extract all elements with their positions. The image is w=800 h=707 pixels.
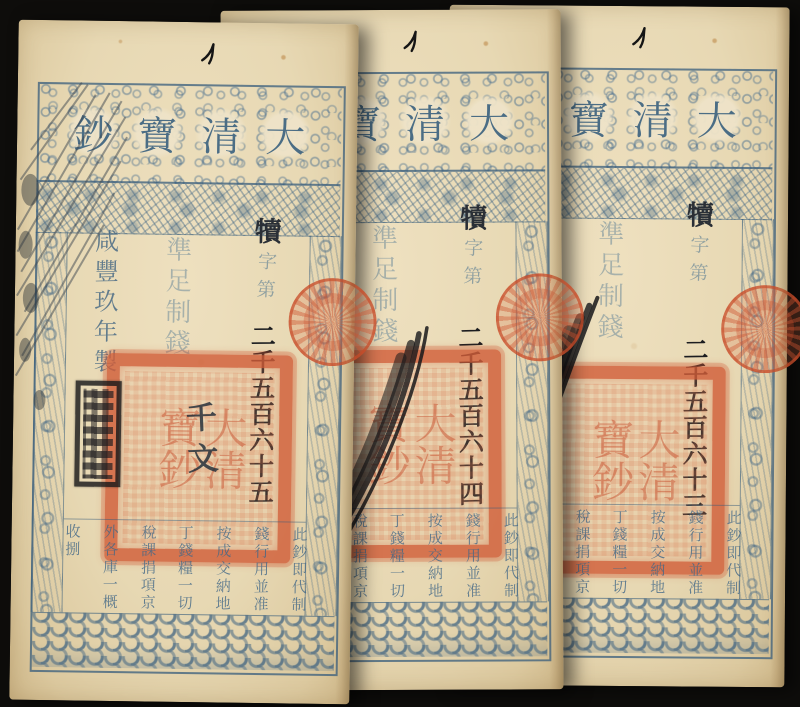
legal-col: 按成交納地 [426, 513, 441, 606]
legal-col: 按成交納地 [214, 525, 230, 617]
legal-col: 外各庫一概 [100, 524, 116, 616]
series-label: 字第 [461, 237, 482, 294]
collation-mark-icon [631, 26, 647, 50]
legal-col: 丁錢糧一切 [388, 513, 403, 606]
title-char-bao: 寶 [563, 91, 615, 143]
black-collector-seal-icon [74, 380, 121, 487]
legal-text-block: 此鈔即代制 錢行用並准 按成交納地 丁錢糧一切 稅課捐項京 外各庫一概 收捌 [62, 518, 305, 618]
square-seal-script: 大清寶鈔 [362, 402, 455, 506]
legal-col: 稅課捐項京 [350, 513, 365, 606]
title-char-da: 大 [691, 92, 743, 144]
legal-col: 收捌 [62, 523, 78, 615]
title-char-da: 大 [259, 108, 312, 161]
legal-col: 稅課捐項京 [138, 524, 154, 616]
denomination-text: 準足制錢 [595, 220, 622, 344]
series-character: 犢 [252, 217, 279, 244]
wave-pattern-band [32, 612, 335, 671]
legal-col: 錢行用並准 [686, 509, 702, 601]
collation-mark-icon [403, 30, 419, 54]
legal-col: 錢行用並准 [252, 526, 268, 618]
legal-col: 錢行用並准 [464, 512, 479, 605]
title-row: 鈔 寶 清 大 [37, 82, 342, 184]
title-char-bao: 寶 [131, 106, 184, 159]
dragon-border-right [739, 219, 774, 599]
series-label: 字第 [254, 251, 276, 308]
title-char-qing: 清 [627, 91, 679, 143]
dragon-border-left [30, 232, 67, 612]
legal-col: 此鈔即代制 [289, 526, 305, 618]
title-band: 鈔 寶 清 大 [36, 82, 341, 186]
title-char-qing: 清 [399, 95, 451, 147]
title-char-qing: 清 [195, 107, 248, 160]
dragon-scroll-band [36, 182, 341, 237]
legal-col: 按成交納地 [648, 509, 664, 601]
denomination-text: 準足制錢 [162, 236, 190, 360]
title-char-da: 大 [463, 94, 515, 146]
legal-col: 此鈔即代制 [724, 510, 740, 602]
legal-col: 丁錢糧一切 [610, 509, 626, 601]
collation-mark-icon [200, 42, 216, 66]
series-character: 犢 [684, 201, 711, 228]
legal-col: 稅課捐項京 [573, 509, 589, 601]
banknote-left: 鈔 寶 清 大 咸豐玖年製 準足制錢 犢 字第 二千五百六十五 大清寶鈔 千文 … [9, 20, 358, 705]
round-seal-icon [496, 273, 584, 361]
photo-stage: 鈔 寶 清 大 咸豐玖年製 準足制錢 犢 字第 二千五百六十三 大清寶鈔 此鈔即… [0, 0, 800, 707]
title-char-chao: 鈔 [67, 105, 120, 158]
series-character: 犢 [457, 204, 484, 231]
legal-col: 丁錢糧一切 [176, 525, 192, 617]
legal-col: 此鈔即代制 [502, 512, 517, 605]
series-label: 字第 [686, 234, 707, 291]
handwritten-amount: 千文 [175, 400, 223, 484]
